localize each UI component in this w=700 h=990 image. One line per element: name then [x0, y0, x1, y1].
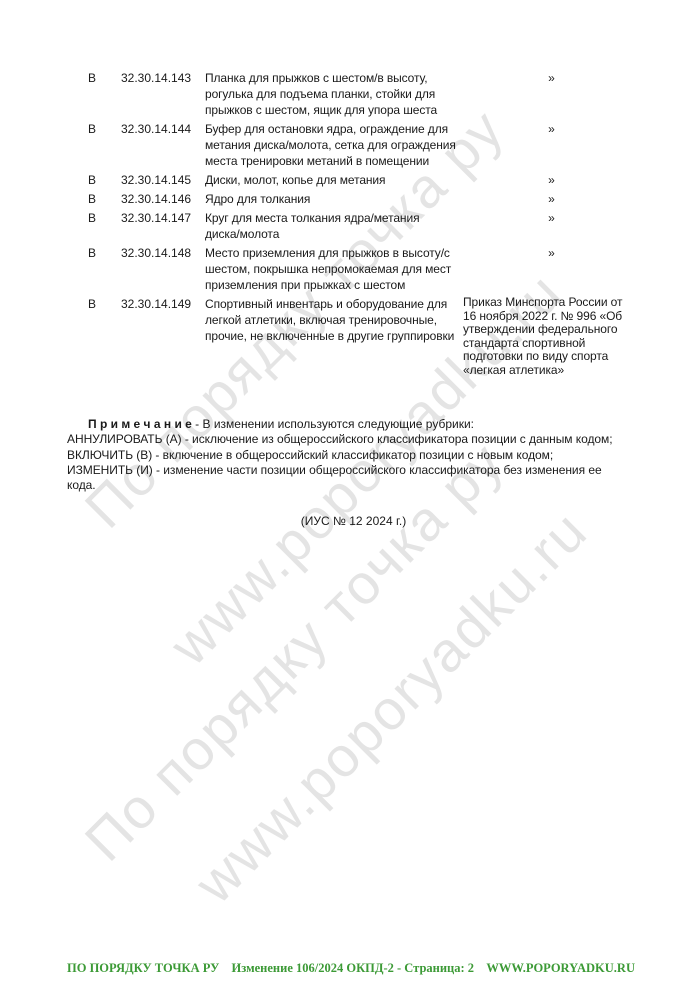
ius-issue-line: (ИУС № 12 2024 г.): [67, 514, 640, 528]
row-rubric-letter: В: [67, 172, 121, 188]
row-code: 32.30.14.147: [121, 210, 205, 226]
document-page: По порядку точка ру www.poporyadku.ru По…: [0, 0, 700, 990]
row-description: Планка для прыжков с шестом/в высоту, ро…: [205, 70, 463, 118]
table-row: В 32.30.14.145 Диски, молот, копье для м…: [67, 172, 640, 188]
note-block: П р и м е ч а н и е - В изменении исполь…: [67, 417, 640, 493]
row-description: Буфер для остановки ядра, ограждение для…: [205, 121, 463, 169]
row-code: 32.30.14.145: [121, 172, 205, 188]
row-reference: »: [463, 245, 640, 261]
note-heading-line: П р и м е ч а н и е - В изменении исполь…: [67, 417, 640, 432]
row-description: Круг для места толкания ядра/метания дис…: [205, 210, 463, 242]
row-reference: »: [463, 210, 640, 226]
table-row: В 32.30.14.149 Спортивный инвентарь и об…: [67, 296, 640, 377]
table-row: В 32.30.14.148 Место приземления для пры…: [67, 245, 640, 293]
row-reference: »: [463, 70, 640, 86]
row-reference: »: [463, 121, 640, 137]
row-description: Место приземления для прыжков в высоту/с…: [205, 245, 463, 293]
table-row: В 32.30.14.143 Планка для прыжков с шест…: [67, 70, 640, 118]
row-description: Спортивный инвентарь и оборудование для …: [205, 296, 463, 344]
row-code: 32.30.14.143: [121, 70, 205, 86]
row-code: 32.30.14.146: [121, 191, 205, 207]
row-reference-order: Приказ Минспорта России от 16 ноября 202…: [463, 296, 640, 377]
row-rubric-letter: В: [67, 296, 121, 312]
footer-site-name: ПО ПОРЯДКУ ТОЧКА РУ: [67, 961, 219, 976]
row-reference: »: [463, 172, 640, 188]
row-code: 32.30.14.148: [121, 245, 205, 261]
row-rubric-letter: В: [67, 70, 121, 86]
note-body: АННУЛИРОВАТЬ (А) - исключение из общерос…: [67, 432, 640, 493]
note-title: П р и м е ч а н и е: [88, 417, 192, 431]
row-rubric-letter: В: [67, 245, 121, 261]
row-description: Ядро для толкания: [205, 191, 463, 207]
note-intro: - В изменении используются следующие руб…: [192, 417, 474, 431]
row-reference: »: [463, 191, 640, 207]
table-row: В 32.30.14.146 Ядро для толкания »: [67, 191, 640, 207]
page-footer: ПО ПОРЯДКУ ТОЧКА РУ Изменение 106/2024 О…: [67, 961, 635, 976]
table-row: В 32.30.14.144 Буфер для остановки ядра,…: [67, 121, 640, 169]
row-code: 32.30.14.144: [121, 121, 205, 137]
footer-site-url: WWW.POPORYADKU.RU: [486, 961, 635, 976]
table-row: В 32.30.14.147 Круг для места толкания я…: [67, 210, 640, 242]
row-rubric-letter: В: [67, 191, 121, 207]
row-code: 32.30.14.149: [121, 296, 205, 312]
row-rubric-letter: В: [67, 121, 121, 137]
footer-page-info: Изменение 106/2024 ОКПД-2 - Страница: 2: [232, 961, 475, 976]
row-description: Диски, молот, копье для метания: [205, 172, 463, 188]
change-table: В 32.30.14.143 Планка для прыжков с шест…: [67, 70, 640, 528]
row-rubric-letter: В: [67, 210, 121, 226]
